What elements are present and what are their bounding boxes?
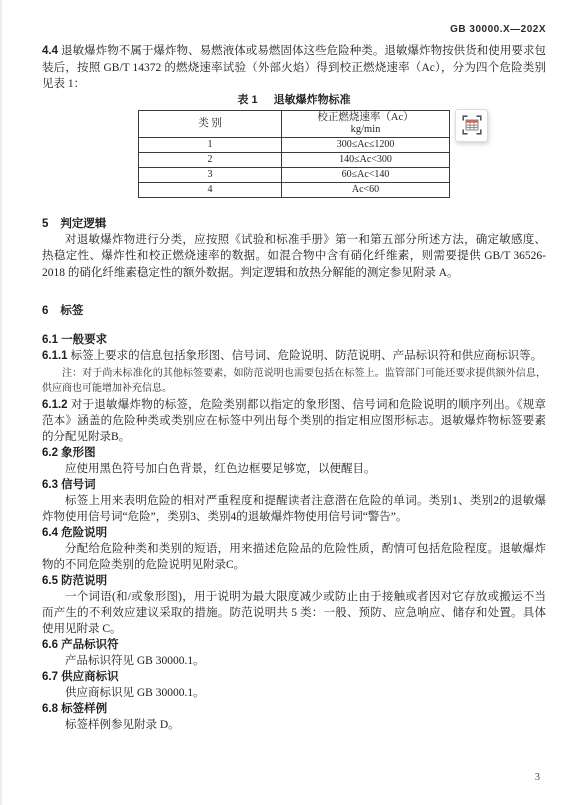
table-1-header-rate-line2: kg/min [282, 124, 449, 136]
document-reference: GB 30000.X—202X [42, 24, 546, 36]
extract-table-button[interactable] [455, 109, 488, 142]
subsection-heading: 6.4 危险说明 [42, 525, 546, 541]
subsection-body: 标签样例参见附录 D。 [42, 717, 546, 733]
subsection: 6.4 危险说明 分配给危险种类和类别的短语，用来描述危险品的危险性质，酌情可包… [42, 525, 546, 573]
subsection-body: 应使用黑色符号加白色背景，红色边框要足够宽，以便醒目。 [42, 461, 546, 477]
subsection-6-1-heading: 6.1 一般要求 [42, 332, 546, 348]
subsection: 6.5 防范说明 一个词语(和/或象形图)，用于说明为最大限度减少或防止由于接触… [42, 573, 546, 637]
table-1-wrapper: 类 别 校正燃烧速率（Ac） kg/min 1 300≤Ac≤1200 2 [138, 110, 450, 198]
table-cell-rate: 60≤Ac<140 [282, 167, 450, 182]
clause-4-4: 4.4退敏爆炸物不属于爆炸物、易燃液体或易燃固体这些危险种类。退敏爆炸物按供货和… [42, 43, 546, 93]
clause-6-1-1-number: 6.1.1 [42, 350, 68, 362]
section-5-title: 判定逻辑 [60, 218, 106, 230]
subsection: 6.6 产品标识符 产品标识符见 GB 30000.1。 [42, 637, 546, 669]
subsection-heading: 6.8 标签样例 [42, 701, 546, 717]
table-cell-category: 3 [139, 167, 282, 182]
table-cell-rate: Ac<60 [282, 182, 450, 197]
section-6-title: 标签 [60, 305, 83, 317]
table-1: 类 别 校正燃烧速率（Ac） kg/min 1 300≤Ac≤1200 2 [138, 110, 450, 198]
clause-6-1-1-text: 标签上要求的信息包括象形图、信号词、危险说明、防范说明、产品标识符和供应商标识等… [71, 350, 543, 362]
table-cell-rate: 140≤Ac<300 [282, 152, 450, 167]
clause-6-1-2-number: 6.1.2 [42, 399, 68, 411]
subsection: 6.2 象形图 应使用黑色符号加白色背景，红色边框要足够宽，以便醒目。 [42, 445, 546, 477]
table-extract-icon [462, 115, 482, 135]
table-1-header-category: 类 别 [139, 110, 282, 137]
table-1-header-rate-line1: 校正燃烧速率（Ac） [282, 112, 449, 124]
subsection-heading: 6.3 信号词 [42, 477, 546, 493]
table-1-caption-label: 表 1 [237, 94, 257, 106]
subsection: 6.8 标签样例 标签样例参见附录 D。 [42, 701, 546, 733]
table-cell-category: 1 [139, 137, 282, 152]
subsection-heading: 6.6 产品标识符 [42, 637, 546, 653]
subsection-heading: 6.2 象形图 [42, 445, 546, 461]
table-row: 4 Ac<60 [139, 182, 450, 197]
table-1-header-row: 类 别 校正燃烧速率（Ac） kg/min [139, 110, 450, 137]
table-row: 3 60≤Ac<140 [139, 167, 450, 182]
subsection-body: 分配给危险种类和类别的短语，用来描述危险品的危险性质，酌情可包括危险程度。退敏爆… [42, 541, 546, 573]
section-6-number: 6 [42, 305, 48, 317]
subsection: 6.7 供应商标识 供应商标识见 GB 30000.1。 [42, 669, 546, 701]
subsection-body: 产品标识符见 GB 30000.1。 [42, 653, 546, 669]
subsection-6-1: 6.1 一般要求 6.1.1标签上要求的信息包括象形图、信号词、危险说明、防范说… [42, 332, 546, 445]
subsection-heading: 6.7 供应商标识 [42, 669, 546, 685]
note-6-1-1: 注：对于尚未标准化的其他标签要素，如防范说明也需要包括在标签上。监管部门可能还要… [42, 366, 546, 396]
table-row: 2 140≤Ac<300 [139, 152, 450, 167]
clause-6-1-2-text: 对于退敏爆炸物的标签，危险类别都以指定的象形图、信号词和危险说明的顺序列出。《规… [42, 399, 546, 443]
clause-6-1-2: 6.1.2对于退敏爆炸物的标签，危险类别都以指定的象形图、信号词和危险说明的顺序… [42, 397, 546, 445]
table-cell-rate: 300≤Ac≤1200 [282, 137, 450, 152]
page-number: 3 [535, 772, 540, 783]
table-1-caption-title: 退敏爆炸物标准 [274, 94, 351, 106]
clause-4-4-number: 4.4 [42, 45, 58, 57]
table-cell-category: 2 [139, 152, 282, 167]
table-1-caption: 表 1退敏爆炸物标准 [42, 94, 546, 107]
clause-6-1-1: 6.1.1标签上要求的信息包括象形图、信号词、危险说明、防范说明、产品标识符和供… [42, 348, 546, 364]
document-page: GB 30000.X—202X 4.4退敏爆炸物不属于爆炸物、易燃液体或易燃固体… [0, 0, 582, 805]
table-1-header-rate: 校正燃烧速率（Ac） kg/min [282, 110, 450, 137]
subsection-heading: 6.5 防范说明 [42, 573, 546, 589]
section-5-heading: 5判定逻辑 [42, 216, 546, 232]
section-5-number: 5 [42, 218, 48, 230]
subsection-body: 标签上用来表明危险的相对严重程度和提醒读者注意潜在危险的单词。类别1、类别2的退… [42, 493, 546, 525]
section-6-heading: 6标签 [42, 303, 546, 319]
table-cell-category: 4 [139, 182, 282, 197]
subsection-body: 供应商标识见 GB 30000.1。 [42, 685, 546, 701]
table-row: 1 300≤Ac≤1200 [139, 137, 450, 152]
subsection: 6.3 信号词 标签上用来表明危险的相对严重程度和提醒读者注意潜在危险的单词。类… [42, 477, 546, 525]
section-5-body: 对退敏爆炸物进行分类，应按照《试验和标准手册》第一和第五部分所述方法，确定敏感度… [42, 232, 546, 282]
clause-4-4-text: 退敏爆炸物不属于爆炸物、易燃液体或易燃固体这些危险种类。退敏爆炸物按供货和使用要… [42, 45, 546, 90]
subsection-body: 一个词语(和/或象形图)，用于说明为最大限度减少或防止由于接触或者因对它存放或搬… [42, 589, 546, 637]
